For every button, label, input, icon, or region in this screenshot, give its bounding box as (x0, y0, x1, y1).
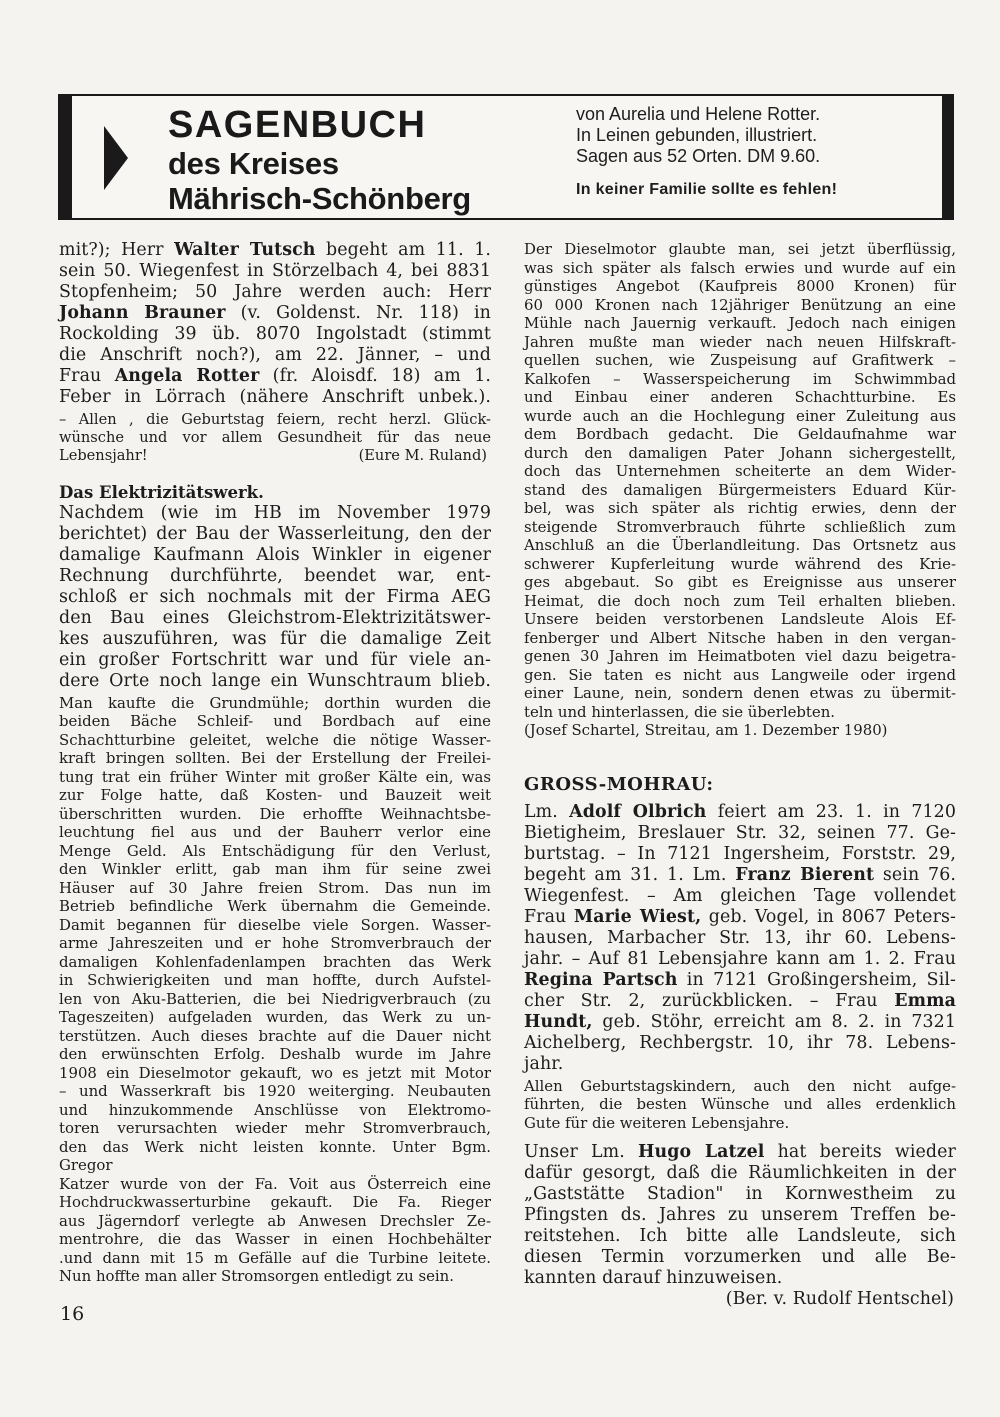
text-line: gen. Sie taten es nicht aus Langweile od… (524, 666, 956, 685)
greeting-paragraph: – Allen , die Geburtstag feiern, recht h… (59, 411, 491, 466)
person-name: Emma (894, 991, 956, 1011)
text-line: Kalkofen – Wasserspeicherung im Schwimmb… (524, 370, 956, 389)
ad-info-line: von Aurelia und Helene Rotter. (576, 104, 837, 125)
text-line: Mühle nach Jauernig verkauft. Jedoch nac… (524, 314, 956, 333)
ad-title: SAGENBUCH des Kreises Mährisch-Schönberg (168, 100, 471, 214)
text-line: jahr. (524, 1054, 956, 1075)
person-name: Walter Tutsch (174, 240, 315, 260)
text-line: zur Folge hatte, daß Kosten- und Bauzeit… (59, 786, 491, 805)
text-line: damalige Kaufmann Alois Winkler in eigen… (59, 545, 491, 566)
text-line: Bietigheim, Breslauer Str. 32, seinen 77… (524, 823, 956, 844)
text-line: Betrieb befindliche Werk übernahm die Ge… (59, 897, 491, 916)
text-line: Tageszeiten) aufgeladen wurden, das Werk… (59, 1008, 491, 1027)
gross-mohrau-wishes: Allen Geburtstagskindern, auch den nicht… (524, 1077, 956, 1133)
text-line: burtstag. – In 7121 Ingersheim, Forststr… (524, 844, 956, 865)
text-line: diesen Termin vorzumerken und alle Be- (524, 1247, 956, 1268)
text-line: Anschluß an die Überlandleitung. Das Ort… (524, 536, 956, 555)
ad-title-line-2: des Kreises (168, 148, 471, 179)
text-line: die Anschrift noch?), am 22. Jänner, – u… (59, 345, 491, 366)
meeting-announcement: Unser Lm. Hugo Latzel hat bereits wieder… (524, 1142, 956, 1289)
triangle-right-icon (104, 126, 128, 190)
person-name: Angela Rotter (115, 366, 260, 386)
text-line: begeht am 31. 1. Lm. Franz Bierent sein … (524, 865, 956, 886)
text-line: Gute für die weiteren Lebensjahre. (524, 1114, 956, 1133)
text-line: hausen, Marbacher Str. 13, ihr 60. Leben… (524, 928, 956, 949)
text-line: Wiegenfest. – Am gleichen Tage vollendet (524, 886, 956, 907)
text-line: durch den damaligen Pater Johann sicherg… (524, 444, 956, 463)
ad-slogan: In keiner Familie sollte es fehlen! (576, 179, 837, 200)
text-line: Heimat, die doch noch zum Teil erhalten … (524, 592, 956, 611)
person-name: Hundt, (524, 1012, 593, 1032)
text-line: genen 30 Jahren im Heimatboten viel dazu… (524, 647, 956, 666)
text-line: terstützen. Auch dieses brachte auf die … (59, 1027, 491, 1046)
text-line: kannten darauf hinzuweisen. (524, 1268, 956, 1289)
text-line: cher Str. 2, zurückblicken. – Frau Emma (524, 991, 956, 1012)
text-line: 1908 ein Dieselmotor gekauft, wo es jetz… (59, 1064, 491, 1083)
text-line: Hundt, geb. Stöhr, erreicht am 8. 2. in … (524, 1012, 956, 1033)
text-line: len von Aku-Batterien, die bei Niedrigve… (59, 990, 491, 1009)
section-heading-gross-mohrau: GROSS-MOHRAU: (524, 774, 956, 796)
text-line: reitstehen. Ich bitte alle Landsleute, s… (524, 1226, 956, 1247)
text-line: steigende Stromverbrauch führte schließl… (524, 518, 956, 537)
text-line: Katzer wurde von der Fa. Voit aus Österr… (59, 1175, 491, 1194)
ad-title-line-3: Mährisch-Schönberg (168, 183, 471, 214)
text-line: stand des damaligen Bürgermeisters Eduar… (524, 481, 956, 500)
text-line: tung trat ein früher Winter mit großer K… (59, 768, 491, 787)
text-line: arme Jahreszeiten und er hohe Stromverbr… (59, 934, 491, 953)
text-line: günstiges Angebot (Kaufpreis 8000 Kronen… (524, 277, 956, 296)
text-line: 60 000 Kronen nach 12jähriger Benützung … (524, 296, 956, 315)
page-number: 16 (60, 1303, 84, 1325)
text-line: schwerer Kupferleitung wurde während des… (524, 555, 956, 574)
text-line: jahr. – Auf 81 Lebensjahre kann am 1. 2.… (524, 949, 956, 970)
text-line: Damit begannen für dieselbe viele Sorgen… (59, 916, 491, 935)
text-line: Stopfenheim; 50 Jahre werden auch: Herr (59, 282, 491, 303)
greeting-line: – Allen , die Geburtstag feiern, recht h… (59, 411, 491, 429)
text-line: kraft bringen sollten. Bei der Erstellun… (59, 749, 491, 768)
text-line: quellen suchen, wie Zuspeisung auf Grafi… (524, 351, 956, 370)
schartel-signature: (Josef Schartel, Streitau, am 1. Dezembe… (524, 721, 956, 740)
text-line: und hinzukommende Anschlüsse von Elektro… (59, 1101, 491, 1120)
text-line: in Schwierigkeiten und man hoffte, durch… (59, 971, 491, 990)
text-line: den Bau eines Gleichstrom-Elektrizitätsw… (59, 608, 491, 629)
text-line: den Winkler erlitt, gab man ihm für sein… (59, 860, 491, 879)
text-line: bel, was sich später als richtig erwies,… (524, 499, 956, 518)
ad-info-line: Sagen aus 52 Orten. DM 9.60. (576, 146, 837, 167)
text-line: Unser Lm. Hugo Latzel hat bereits wieder (524, 1142, 956, 1163)
text-line: Nachdem (wie im HB im November 1979 (59, 503, 491, 524)
text-line: den das Werk nicht leisten konnte. Unter… (59, 1138, 491, 1157)
text-line: Der Dieselmotor glaubte man, sei jetzt ü… (524, 240, 956, 259)
text-line: sein 50. Wiegenfest in Störzelbach 4, be… (59, 261, 491, 282)
text-line: Lm. Adolf Olbrich feiert am 23. 1. in 71… (524, 802, 956, 823)
hentschel-signature: (Ber. v. Rudolf Hentschel) (524, 1289, 956, 1310)
article-intro: Nachdem (wie im HB im November 1979beric… (59, 503, 491, 692)
text-line: Regina Partsch in 7121 Großingersheim, S… (524, 970, 956, 991)
left-column: mit?); Herr Walter Tutsch begeht am 11. … (59, 240, 491, 1286)
text-line: Rockolding 39 üb. 8070 Ingolstadt (stimm… (59, 324, 491, 345)
text-line: dem Bordbach gedacht. Die Geldaufnahme w… (524, 425, 956, 444)
person-name: Hugo Latzel (638, 1142, 765, 1162)
ad-info: von Aurelia und Helene Rotter. In Leinen… (576, 104, 837, 200)
text-line: Man kaufte die Grundmühle; dorthin wurde… (59, 694, 491, 713)
advertisement-box: SAGENBUCH des Kreises Mährisch-Schönberg… (58, 94, 954, 220)
text-line: .und dann mit 15 m Gefälle auf die Turbi… (59, 1249, 491, 1268)
article-body: Man kaufte die Grundmühle; dorthin wurde… (59, 694, 491, 1286)
person-name: Johann Brauner (59, 303, 226, 323)
person-name: Franz Bierent (735, 865, 874, 885)
text-line: schloß er sich nochmals mit der Firma AE… (59, 587, 491, 608)
text-line: wurde auch an die Hochlegung einer Zulei… (524, 407, 956, 426)
text-line: was sich später als falsch erwies und wu… (524, 259, 956, 278)
text-line: Nun hoffte man aller Stromsorgen entledi… (59, 1267, 491, 1286)
text-line: mit?); Herr Walter Tutsch begeht am 11. … (59, 240, 491, 261)
text-line: einer Laune, nein, sondern denen etwas z… (524, 684, 956, 703)
text-line: Rechnung durchführte, beendet war, ent- (59, 566, 491, 587)
text-line: den erwünschten Erfolg. Deshalb wurde im… (59, 1045, 491, 1064)
text-line: berichtet) der Bau der Wasserleitung, de… (59, 524, 491, 545)
text-line: teln und hinterlassen, die sie überlebte… (524, 703, 956, 722)
text-line: und Einbau einer anderen Schachtturbine.… (524, 388, 956, 407)
text-line: beiden Bäche Schleif- und Bordbach auf e… (59, 712, 491, 731)
text-line: fenberger und Albert Nitsche haben in de… (524, 629, 956, 648)
text-line: Feber in Lörrach (nähere Anschrift unbek… (59, 387, 491, 408)
text-line: Allen Geburtstagskindern, auch den nicht… (524, 1077, 956, 1096)
person-name: Regina Partsch (524, 970, 677, 990)
text-line: Schachtturbine geleitet, welche die nöti… (59, 731, 491, 750)
article-continued: Der Dieselmotor glaubte man, sei jetzt ü… (524, 240, 956, 721)
text-line: aus Jägerndorf verlegte ab Anwesen Drech… (59, 1212, 491, 1231)
text-line: dafür gesorgt, daß die Räumlichkeiten in… (524, 1163, 956, 1184)
right-column: Der Dieselmotor glaubte man, sei jetzt ü… (524, 240, 956, 1310)
greeting-last-line: Lebensjahr! (Eure M. Ruland) (59, 447, 491, 465)
text-line: Unsere beiden verstorbenen Landsleute Al… (524, 610, 956, 629)
text-line: dere Orte noch lange ein Wunschtraum bli… (59, 671, 491, 692)
ruland-signature: (Eure M. Ruland) (359, 447, 491, 465)
text-line: überschritten wurden. Die erhoffte Weihn… (59, 805, 491, 824)
text-line: ges abgebaut. So gibt es Ereignisse aus … (524, 573, 956, 592)
text-line: „Gaststätte Stadion" in Kornwestheim zu (524, 1184, 956, 1205)
gross-mohrau-birthdays: Lm. Adolf Olbrich feiert am 23. 1. in 71… (524, 802, 956, 1075)
text-line: Hochdruckwasserturbine gekauft. Die Fa. … (59, 1193, 491, 1212)
text-line: – und Wasserkraft bis 1920 weiterging. N… (59, 1082, 491, 1101)
text-line: Gregor (59, 1156, 491, 1175)
text-line: Frau Angela Rotter (fr. Aloisdf. 18) am … (59, 366, 491, 387)
text-line: Frau Marie Wiest, geb. Vogel, in 8067 Pe… (524, 907, 956, 928)
text-line: toren verursachten wieder mehr Stromverb… (59, 1119, 491, 1138)
birthdays-intro: mit?); Herr Walter Tutsch begeht am 11. … (59, 240, 491, 408)
person-name: Marie Wiest, (574, 907, 701, 927)
text-line: damaligen Kohlenfadenlampen brachten das… (59, 953, 491, 972)
article-heading: Das Elektrizitätswerk. (59, 483, 491, 503)
ad-title-line-1: SAGENBUCH (168, 106, 471, 144)
person-name: Adolf Olbrich (569, 802, 706, 822)
text-line: ein großer Fortschritt war und für viele… (59, 650, 491, 671)
text-line: leuchtung fiel aus und der Bauherr verlo… (59, 823, 491, 842)
text-line: doch das Unternehmen scheiterte an dem W… (524, 462, 956, 481)
text-line: Häuser auf 30 Jahre freien Strom. Das nu… (59, 879, 491, 898)
text-line: kes auszuführen, was für die damalige Ze… (59, 629, 491, 650)
ad-info-line: In Leinen gebunden, illustriert. (576, 125, 837, 146)
greeting-line: wünsche und vor allem Gesundheit für das… (59, 429, 491, 447)
text-line: Jahren mußte man wieder nach neuen Hilfs… (524, 333, 956, 352)
text-line: führten, die besten Wünsche und alles er… (524, 1095, 956, 1114)
greeting-last-text: Lebensjahr! (59, 447, 148, 465)
text-line: Menge Geld. Als Entschädigung für den Ve… (59, 842, 491, 861)
text-line: Johann Brauner (v. Goldenst. Nr. 118) in (59, 303, 491, 324)
text-line: mentrohre, die das Wasser in einen Hochb… (59, 1230, 491, 1249)
text-line: Pfingsten ds. Jahres zu unserem Treffen … (524, 1205, 956, 1226)
text-line: Aichelberg, Rechbergstr. 10, ihr 78. Leb… (524, 1033, 956, 1054)
